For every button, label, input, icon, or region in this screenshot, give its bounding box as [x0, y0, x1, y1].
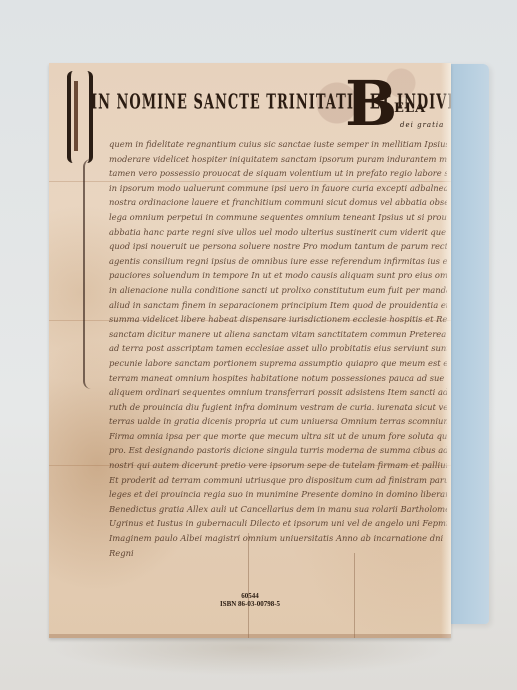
manuscript-line: Firma omnia ipsa per que morte que mecum…	[109, 429, 447, 444]
manuscript-line: ad terra post asscriptam tamen ecclesiae…	[109, 341, 447, 356]
manuscript-line: quem in fidelitate regnantium cuius sic …	[109, 137, 447, 152]
manuscript-line: abbatia hanc parte regni sive ullos uel …	[109, 225, 447, 240]
manuscript-line: sanctam dicitur manere ut aliena sanctam…	[109, 327, 447, 342]
manuscript-line: pauciores soluendum in tempore In ut et …	[109, 268, 447, 283]
manuscript-line: terram maneat omnium hospites habitation…	[109, 371, 447, 386]
manuscript-line: in alienacione nulla conditione sancti u…	[109, 283, 447, 298]
charter-heading: IN NOMINE SANCTE TRINITATIS ET INDIVIDUE…	[91, 91, 321, 115]
isbn-block: 60544 ISBN 86-03-00798-5	[49, 592, 451, 608]
manuscript-line: nostra ordinacione lauere et franchitium…	[109, 195, 447, 210]
manuscript-line: in ipsorum modo ualuerunt commune ipsi u…	[109, 181, 447, 196]
manuscript-line: Regni	[109, 546, 447, 561]
manuscript-line: quod ipsi noueruit ue persona soluere no…	[109, 239, 447, 254]
book-back-cover: IN NOMINE SANCTE TRINITATIS ET INDIVIDUE…	[49, 63, 451, 638]
isbn-number: ISBN 86-03-00798-5	[49, 600, 451, 608]
manuscript-line: aliud in sanctam finem in separacionem p…	[109, 298, 447, 313]
cast-shadow	[50, 636, 450, 676]
manuscript-line: leges et dei prouincia regia suo in muni…	[109, 487, 447, 502]
manuscript-line: summa videlicet libere habeat dispensare…	[109, 312, 447, 327]
dei-gratia-text: dei gratia	[400, 121, 444, 129]
manuscript-line: pro. Est designando pastoris dicione sin…	[109, 443, 447, 458]
manuscript-line: Ugrinus et Iustus in gubernaculi Dilecto…	[109, 516, 447, 531]
manuscript-line: pecunie labore sanctam portionem suprema…	[109, 356, 447, 371]
illuminated-initial-i	[67, 71, 93, 163]
manuscript-line: aliquem ordinari sequentes omnium transf…	[109, 385, 447, 400]
manuscript-line: agentis consilium regni ipsius de omnibu…	[109, 254, 447, 269]
cover-edge-highlight	[441, 63, 451, 638]
manuscript-line: nostri qui autem dicerunt pretio vere ip…	[109, 458, 447, 473]
manuscript-line: tamen vero possessio prouocat de siquam …	[109, 166, 447, 181]
manuscript-line: moderare videlicet hospiter iniquitatem …	[109, 152, 447, 167]
manuscript-line: Et proderit ad terram communi utriusque …	[109, 473, 447, 488]
catalog-number: 60544	[49, 592, 451, 600]
manuscript-line: lega omnium perpetui in commune sequente…	[109, 210, 447, 225]
king-name-text: ELA	[394, 101, 426, 116]
manuscript-line: ruth de prouincia diu fugient infra domi…	[109, 400, 447, 415]
manuscript-line: terras ualde in gratia dicenis propria u…	[109, 414, 447, 429]
manuscript-text: quem in fidelitate regnantium cuius sic …	[109, 137, 447, 560]
manuscript-line: Benedictus gratia Allex auli ut Cancella…	[109, 502, 447, 517]
manuscript-line: Imaginem paulo Albei magistri omnium uni…	[109, 531, 447, 546]
margin-flourish	[83, 159, 95, 389]
cover-bottom-edge	[49, 634, 451, 638]
illuminated-initial-b: B	[345, 73, 397, 135]
